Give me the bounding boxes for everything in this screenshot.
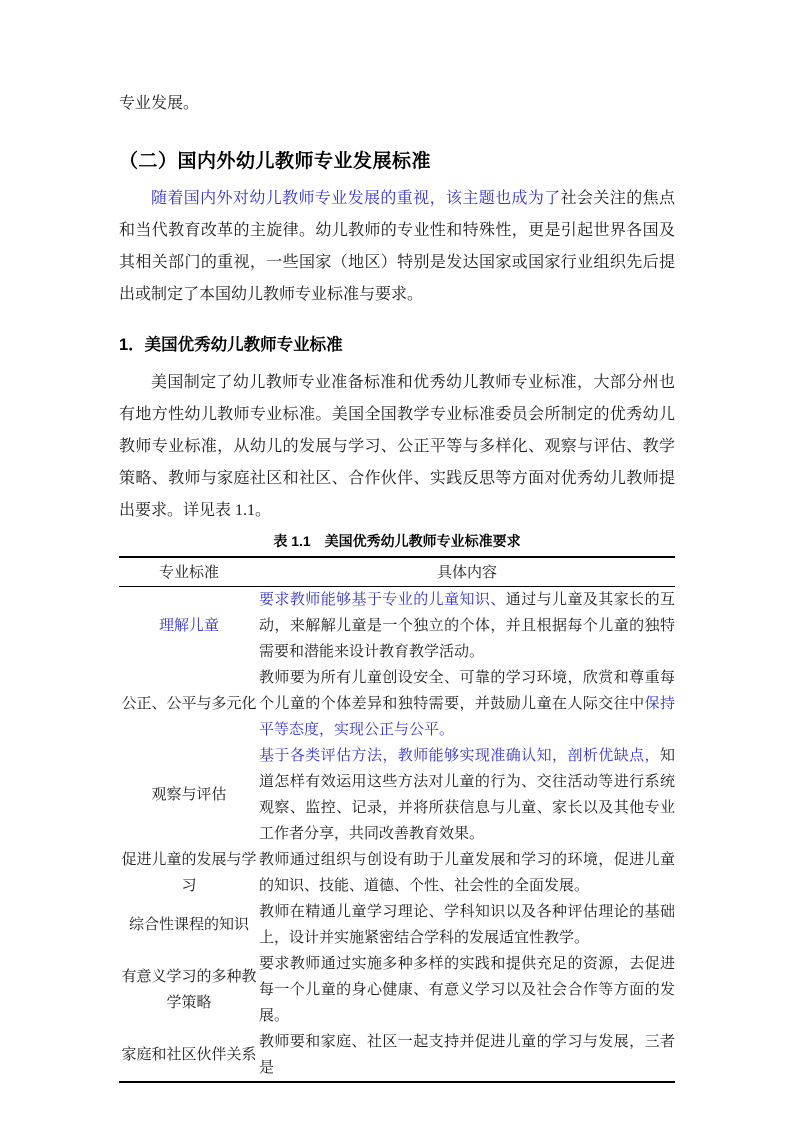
standard-label: 有意义学习的多种教学策略 xyxy=(119,951,259,1029)
content-segment: 要求教师能够基于专业的儿童知识、 xyxy=(259,592,506,608)
standard-content: 要求教师能够基于专业的儿童知识、通过与儿童及其家长的互动，来解解儿童是一个独立的… xyxy=(259,587,675,666)
section-heading: （二）国内外幼儿教师专业发展标准 xyxy=(119,146,675,173)
previous-paragraph-tail: 专业发展。 xyxy=(119,92,675,116)
table-row: 综合性课程的知识教师在精通儿童学习理论、学科知识以及各种评估理论的基础上，设计并… xyxy=(119,899,675,951)
standard-content: 基于各类评估方法，教师能够实现准确认知，剖析优缺点，知道怎样有效运用这些方法对儿… xyxy=(259,743,675,847)
content-segment: 要求教师通过实施多种多样的实践和提供充足的资源，去促进每一个儿童的身心健康、有意… xyxy=(259,956,675,1024)
content-segment: 教师要为所有儿童创设安全、可靠的学习环境，欣赏和尊重每个儿童的个体差异和独特需要… xyxy=(259,670,675,712)
standard-label: 家庭和社区伙伴关系 xyxy=(119,1029,259,1082)
content-segment: 教师在精通儿童学习理论、学科知识以及各种评估理论的基础上，设计并实施紧密结合学科… xyxy=(259,904,675,946)
table-row: 观察与评估基于各类评估方法，教师能够实现准确认知，剖析优缺点，知道怎样有效运用这… xyxy=(119,743,675,847)
standard-label: 综合性课程的知识 xyxy=(119,899,259,951)
content-segment: 教师通过组织与创设有助于儿童发展和学习的环境，促进儿童的知识、技能、道德、个性、… xyxy=(259,852,675,894)
table-body: 理解儿童要求教师能够基于专业的儿童知识、通过与儿童及其家长的互动，来解解儿童是一… xyxy=(119,587,675,1083)
table-header-row: 专业标准 具体内容 xyxy=(119,557,675,587)
intro-paragraph-blue-text: 随着国内外对幼儿教师专业发展的重视，该主题也成为了 xyxy=(151,190,561,207)
content-segment: 教师要和家庭、社区一起支持并促进儿童的学习与发展，三者是 xyxy=(259,1034,675,1076)
standard-content: 教师要为所有儿童创设安全、可靠的学习环境，欣赏和尊重每个儿童的个体差异和独特需要… xyxy=(259,665,675,743)
standard-label: 公正、公平与多元化 xyxy=(119,665,259,743)
intro-paragraph: 随着国内外对幼儿教师专业发展的重视，该主题也成为了社会关注的焦点和当代教育改革的… xyxy=(119,183,675,311)
us-standards-paragraph: 美国制定了幼儿教师专业准备标准和优秀幼儿教师专业标准，大部分州也有地方性幼儿教师… xyxy=(119,367,675,527)
table-row: 家庭和社区伙伴关系教师要和家庭、社区一起支持并促进儿童的学习与发展，三者是 xyxy=(119,1029,675,1082)
content-segment: 基于各类评估方法，教师能够实现准确认知，剖析优缺点， xyxy=(259,748,660,764)
standard-label: 促进儿童的发展与学习 xyxy=(119,847,259,899)
standard-content: 教师通过组织与创设有助于儿童发展和学习的环境，促进儿童的知识、技能、道德、个性、… xyxy=(259,847,675,899)
document-page: 专业发展。 （二）国内外幼儿教师专业发展标准 随着国内外对幼儿教师专业发展的重视… xyxy=(0,0,793,1122)
table-header-standard: 专业标准 xyxy=(119,557,259,587)
standard-content: 教师要和家庭、社区一起支持并促进儿童的学习与发展，三者是 xyxy=(259,1029,675,1082)
table-row: 有意义学习的多种教学策略要求教师通过实施多种多样的实践和提供充足的资源，去促进每… xyxy=(119,951,675,1029)
table-header-content: 具体内容 xyxy=(259,557,675,587)
table-row: 理解儿童要求教师能够基于专业的儿童知识、通过与儿童及其家长的互动，来解解儿童是一… xyxy=(119,587,675,666)
standard-label: 观察与评估 xyxy=(119,743,259,847)
standard-content: 要求教师通过实施多种多样的实践和提供充足的资源，去促进每一个儿童的身心健康、有意… xyxy=(259,951,675,1029)
table-row: 公正、公平与多元化教师要为所有儿童创设安全、可靠的学习环境，欣赏和尊重每个儿童的… xyxy=(119,665,675,743)
standard-content: 教师在精通儿童学习理论、学科知识以及各种评估理论的基础上，设计并实施紧密结合学科… xyxy=(259,899,675,951)
standard-label: 理解儿童 xyxy=(119,587,259,666)
table-caption: 表 1.1 美国优秀幼儿教师专业标准要求 xyxy=(119,531,675,551)
table-row: 促进儿童的发展与学习教师通过组织与创设有助于儿童发展和学习的环境，促进儿童的知识… xyxy=(119,847,675,899)
standards-table: 专业标准 具体内容 理解儿童要求教师能够基于专业的儿童知识、通过与儿童及其家长的… xyxy=(119,556,675,1083)
subsection-heading: 1．美国优秀幼儿教师专业标准 xyxy=(119,331,675,355)
